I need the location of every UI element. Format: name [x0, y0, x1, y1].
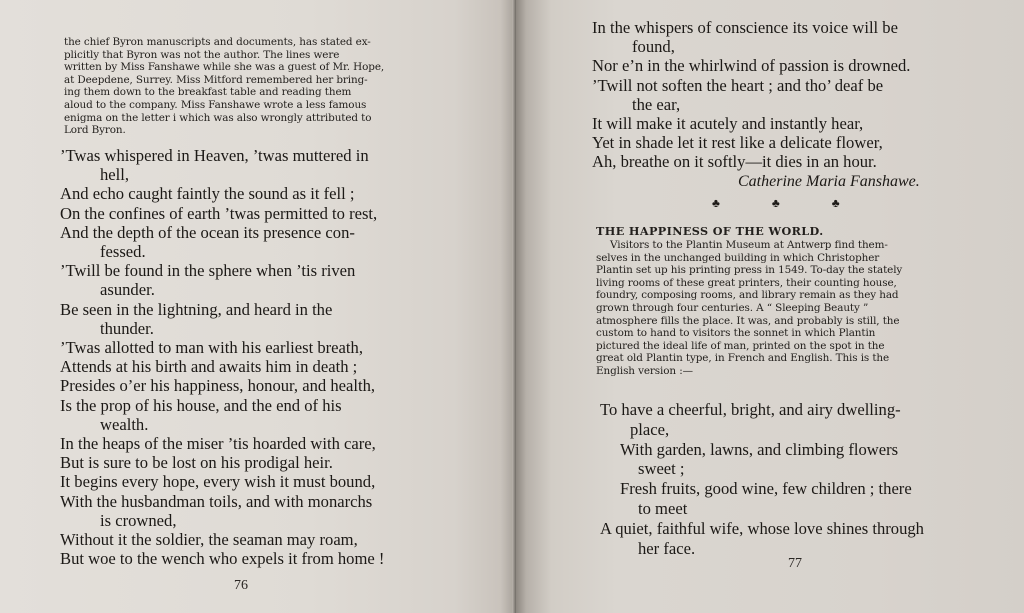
fleuron-icon: ♣ — [712, 196, 720, 211]
poem-line-continuation: thunder. — [60, 319, 445, 338]
sonnet-line: A quiet, faithful wife, whose love shine… — [600, 519, 990, 539]
prose-line: custom to hand to visitors the sonnet in… — [596, 327, 971, 340]
fleuron-icon: ♣ — [772, 196, 780, 211]
prose-line: Visitors to the Plantin Museum at Antwer… — [596, 239, 971, 252]
poem-line: On the confines of earth ’twas permitted… — [60, 204, 445, 223]
sonnet-line-continuation: sweet ; — [600, 459, 990, 479]
poem-line: It begins every hope, every wish it must… — [60, 472, 445, 491]
prose-line: the chief Byron manuscripts and document… — [64, 36, 442, 49]
plantin-sonnet: To have a cheerful, bright, and airy dwe… — [600, 400, 990, 558]
prose-line: plicitly that Byron was not the author. … — [64, 49, 442, 62]
sonnet-line-continuation: to meet — [600, 499, 990, 519]
left-poem: ’Twas whispered in Heaven, ’twas muttere… — [60, 146, 445, 568]
prose-line: atmosphere fills the place. It was, and … — [596, 315, 971, 328]
sonnet-line-continuation: place, — [600, 420, 990, 440]
poem-line: ’Twas whispered in Heaven, ’twas muttere… — [60, 146, 445, 165]
poem-line: Presides o’er his happiness, honour, and… — [60, 376, 445, 395]
prose-line: pictured the ideal life of man, printed … — [596, 340, 971, 353]
poem-line: ’Twill be found in the sphere when ’tis … — [60, 261, 445, 280]
poem-line-continuation: fessed. — [60, 242, 445, 261]
section-heading: THE HAPPINESS OF THE WORLD. — [596, 224, 824, 238]
poem-line: But woe to the wench who expels it from … — [60, 549, 445, 568]
prose-line: Lord Byron. — [64, 124, 442, 137]
sonnet-line: With garden, lawns, and climbing flowers — [600, 440, 990, 460]
poem-line: ’Twas allotted to man with his earliest … — [60, 338, 445, 357]
poem-attribution: Catherine Maria Fanshawe. — [592, 172, 972, 191]
page-number-left: 76 — [234, 578, 248, 594]
prose-line: foundry, composing rooms, and library re… — [596, 289, 971, 302]
poem-line: ’Twill not soften the heart ; and tho’ d… — [592, 76, 972, 95]
poem-line: Yet in shade let it rest like a delicate… — [592, 133, 972, 152]
right-page: In the whispers of conscience its voice … — [516, 0, 1024, 613]
poem-line: Attends at his birth and awaits him in d… — [60, 357, 445, 376]
prose-line: ing them down to the breakfast table and… — [64, 86, 442, 99]
poem-line-continuation: wealth. — [60, 415, 445, 434]
prose-line: living rooms of these great printers, th… — [596, 277, 971, 290]
poem-line: And echo caught faintly the sound as it … — [60, 184, 445, 203]
page-number-right: 77 — [788, 556, 802, 572]
poem-line-continuation: found, — [592, 37, 972, 56]
fleuron-icon: ♣ — [832, 196, 840, 211]
poem-line: Without it the soldier, the seaman may r… — [60, 530, 445, 549]
poem-line-continuation: is crowned, — [60, 511, 445, 530]
poem-line: In the whispers of conscience its voice … — [592, 18, 972, 37]
left-prose-paragraph: the chief Byron manuscripts and document… — [64, 36, 442, 137]
prose-line: grown through four centuries. A “ Sleepi… — [596, 302, 971, 315]
poem-line: Ah, breathe on it softly—it dies in an h… — [592, 152, 972, 171]
poem-line-continuation: hell, — [60, 165, 445, 184]
poem-line-continuation: the ear, — [592, 95, 972, 114]
poem-line-continuation: asunder. — [60, 280, 445, 299]
prose-line: great old Plantin type, in French and En… — [596, 352, 971, 365]
poem-line: But is sure to be lost on his prodigal h… — [60, 453, 445, 472]
poem-line: Nor e’n in the whirlwind of passion is d… — [592, 56, 972, 75]
left-page: the chief Byron manuscripts and document… — [0, 0, 516, 613]
sonnet-line: Fresh fruits, good wine, few children ; … — [600, 479, 990, 499]
prose-line: Plantin set up his printing press in 154… — [596, 264, 971, 277]
right-prose-paragraph: Visitors to the Plantin Museum at Antwer… — [596, 239, 971, 378]
poem-line: It will make it acutely and instantly he… — [592, 114, 972, 133]
poem-line: Be seen in the lightning, and heard in t… — [60, 300, 445, 319]
prose-line: selves in the unchanged building in whic… — [596, 252, 971, 265]
prose-line: written by Miss Fanshawe while she was a… — [64, 61, 442, 74]
prose-line: enigma on the letter i which was also wr… — [64, 112, 442, 125]
poem-line: In the heaps of the miser ’tis hoarded w… — [60, 434, 445, 453]
open-book-spread: the chief Byron manuscripts and document… — [0, 0, 1024, 613]
poem-line: Is the prop of his house, and the end of… — [60, 396, 445, 415]
prose-line: at Deepdene, Surrey. Miss Mitford rememb… — [64, 74, 442, 87]
sonnet-line: To have a cheerful, bright, and airy dwe… — [600, 400, 990, 420]
section-ornament: ♣ ♣ ♣ — [712, 196, 840, 211]
prose-line: aloud to the company. Miss Fanshawe wrot… — [64, 99, 442, 112]
prose-line: English version :— — [596, 365, 971, 378]
right-poem-continuation: In the whispers of conscience its voice … — [592, 18, 972, 191]
poem-line: With the husbandman toils, and with mona… — [60, 492, 445, 511]
poem-line: And the depth of the ocean its presence … — [60, 223, 445, 242]
